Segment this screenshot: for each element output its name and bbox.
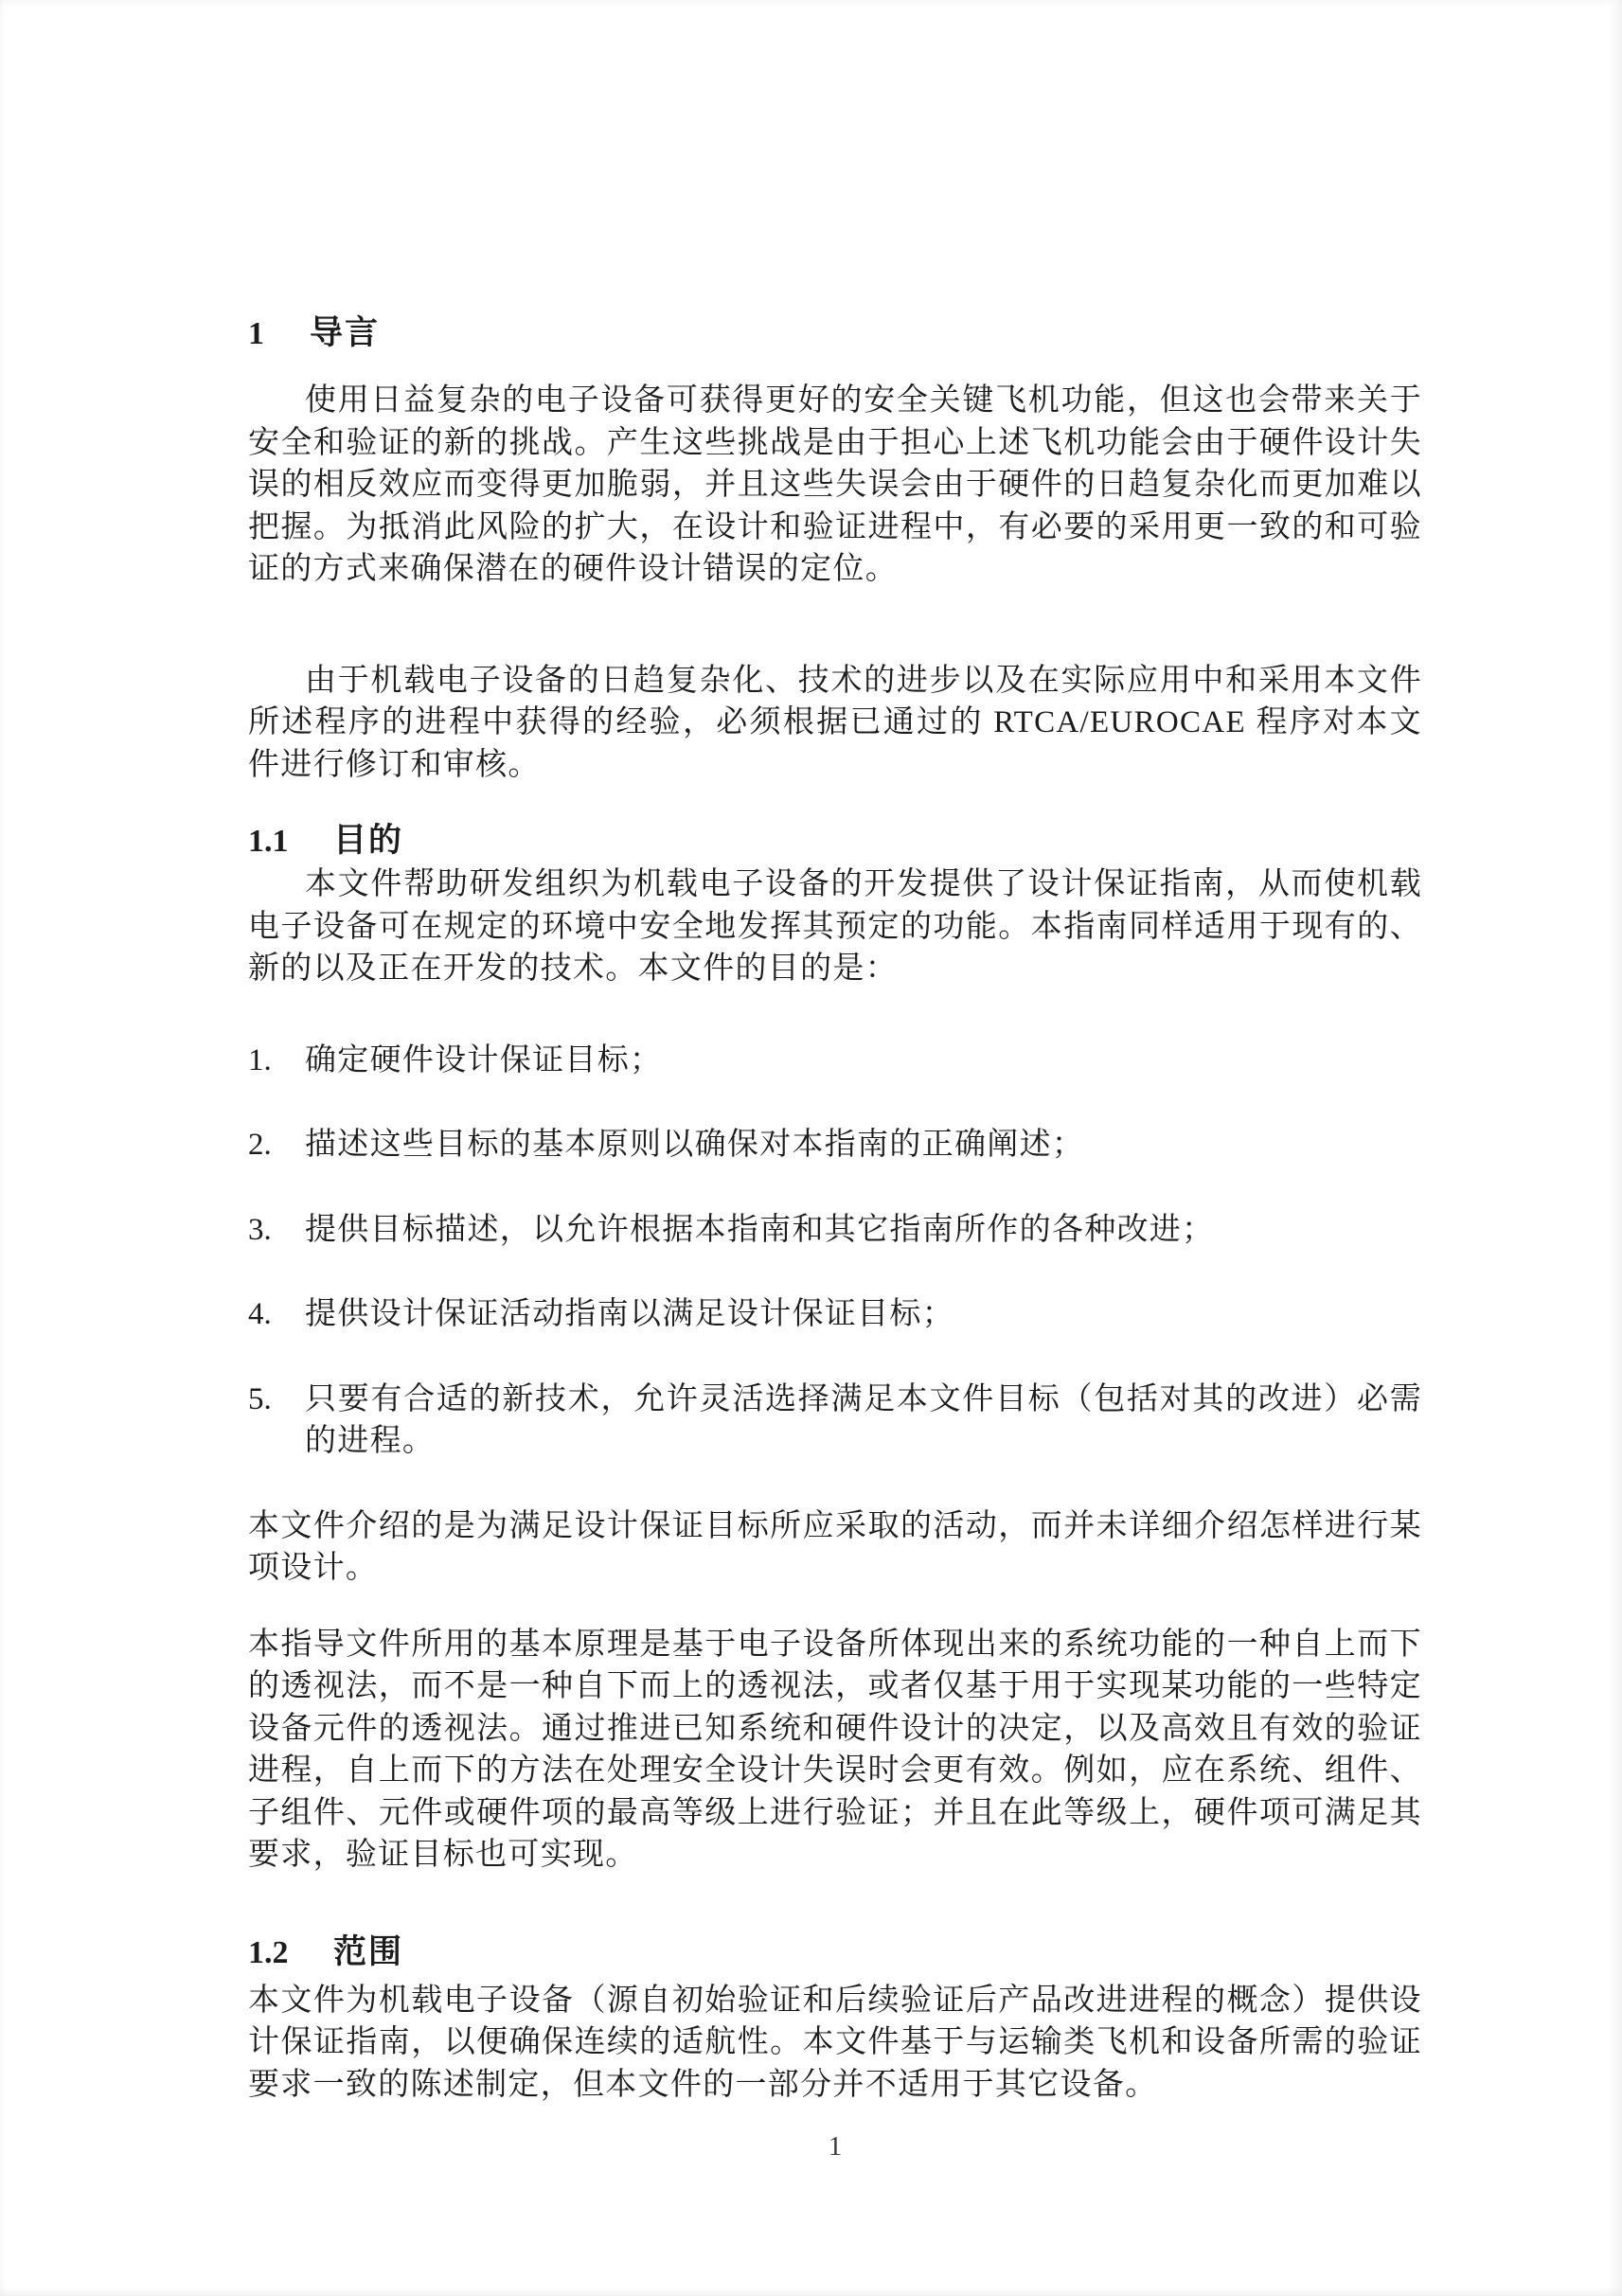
section-title: 范围 [333, 1933, 403, 1970]
list-item-number: 3. [248, 1209, 305, 1252]
paragraph-scope: 本文件为机载电子设备（源自初始验证和后续验证后产品改进进程的概念）提供设计保证指… [248, 1980, 1422, 2107]
paragraph-activities: 本文件介绍的是为满足设计保证目标所应采取的活动，而并未详细介绍怎样进行某项设计。 [248, 1505, 1422, 1590]
list-item-number: 1. [248, 1040, 305, 1082]
section-number: 1 [248, 313, 310, 355]
objectives-list: 1. 确定硬件设计保证目标； 2. 描述这些目标的基本原则以确保对本指南的正确阐… [248, 1040, 1422, 1463]
section-heading-purpose: 1.1目的 [248, 820, 1422, 863]
document-page: 1导言 使用日益复杂的电子设备可获得更好的安全关键飞机功能，但这也会带来关于安全… [0, 0, 1622, 2296]
list-item-text: 提供设计保证活动指南以满足设计保证目标； [305, 1293, 1422, 1336]
section-title: 目的 [333, 822, 403, 859]
section-heading-scope: 1.2范围 [248, 1931, 1422, 1974]
paragraph-intro-2: 由于机载电子设备的日趋复杂化、技术的进步以及在实际应用中和采用本文件所述程序的进… [248, 660, 1422, 787]
paragraph-top-down: 本指导文件所用的基本原理是基于电子设备所体现出来的系统功能的一种自上而下的透视法… [248, 1624, 1422, 1877]
section-heading-introduction: 1导言 [248, 312, 1422, 355]
paragraph-purpose-intro: 本文件帮助研发组织为机载电子设备的开发提供了设计保证指南，从而使机载电子设备可在… [248, 863, 1422, 990]
list-item: 5. 只要有合适的新技术，允许灵活选择满足本文件目标（包括对其的改进）必需的进程… [248, 1379, 1422, 1463]
list-item-text: 提供目标描述，以允许根据本指南和其它指南所作的各种改进； [305, 1209, 1422, 1252]
list-item-text: 确定硬件设计保证目标； [305, 1040, 1422, 1082]
section-number: 1.2 [248, 1932, 333, 1974]
list-item-number: 5. [248, 1379, 305, 1463]
document-content: 1导言 使用日益复杂的电子设备可获得更好的安全关键飞机功能，但这也会带来关于安全… [248, 312, 1422, 2163]
list-item: 2. 描述这些目标的基本原则以确保对本指南的正确阐述； [248, 1124, 1422, 1166]
list-item: 1. 确定硬件设计保证目标； [248, 1040, 1422, 1082]
list-item-text: 描述这些目标的基本原则以确保对本指南的正确阐述； [305, 1124, 1422, 1166]
list-item-number: 4. [248, 1293, 305, 1336]
paragraph-intro-1: 使用日益复杂的电子设备可获得更好的安全关键飞机功能，但这也会带来关于安全和验证的… [248, 380, 1422, 591]
section-number: 1.1 [248, 821, 333, 863]
section-title: 导言 [310, 314, 380, 351]
list-item-number: 2. [248, 1124, 305, 1166]
list-item: 3. 提供目标描述，以允许根据本指南和其它指南所作的各种改进； [248, 1209, 1422, 1252]
page-number: 1 [248, 2131, 1422, 2163]
list-item-text: 只要有合适的新技术，允许灵活选择满足本文件目标（包括对其的改进）必需的进程。 [305, 1379, 1422, 1463]
list-item: 4. 提供设计保证活动指南以满足设计保证目标； [248, 1293, 1422, 1336]
